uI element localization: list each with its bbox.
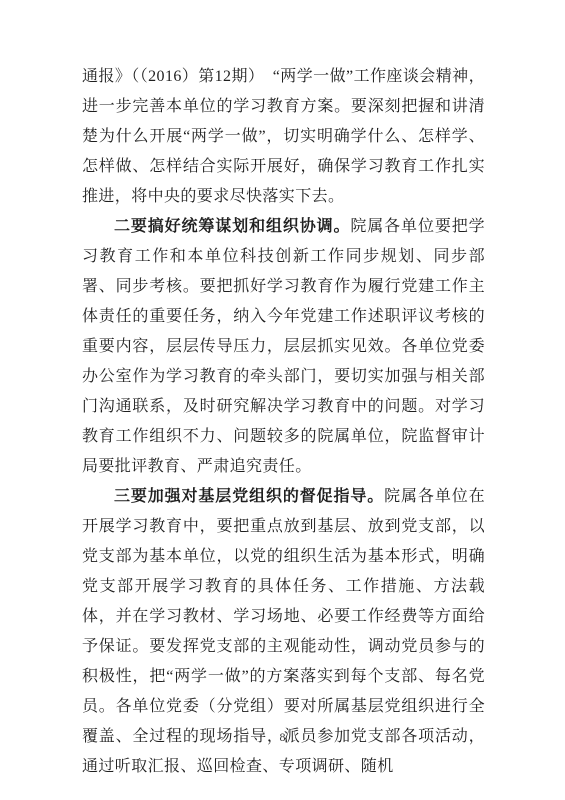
- paragraph-text: 院属各单位要把学习教育工作和本单位科技创新工作同步规划、同步部署、同步考核。要把…: [82, 218, 485, 475]
- paragraph-continuation: 通报》（（2016）第12期） “两学一做”工作座谈会精神，进一步完善本单位的学…: [82, 62, 485, 212]
- paragraph-lead: 二要搞好统筹谋划和组织协调。: [114, 218, 350, 235]
- paragraph-lead: 三要加强对基层党组织的督促指导。: [114, 488, 384, 505]
- page-number: 8: [0, 729, 565, 745]
- document-body: 通报》（（2016）第12期） “两学一做”工作座谈会精神，进一步完善本单位的学…: [82, 62, 485, 782]
- paragraph-second-point: 二要搞好统筹谋划和组织协调。院属各单位要把学习教育工作和本单位科技创新工作同步规…: [82, 212, 485, 482]
- document-page: 通报》（（2016）第12期） “两学一做”工作座谈会精神，进一步完善本单位的学…: [0, 0, 565, 800]
- paragraph-text: 通报》（（2016）第12期） “两学一做”工作座谈会精神，进一步完善本单位的学…: [82, 68, 485, 205]
